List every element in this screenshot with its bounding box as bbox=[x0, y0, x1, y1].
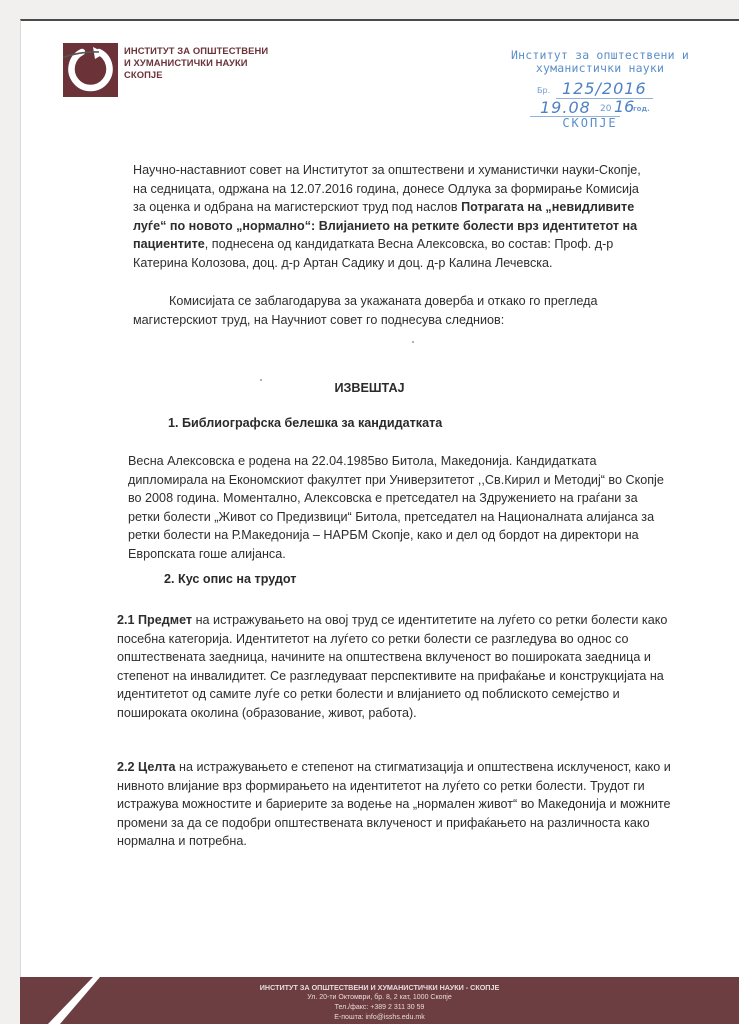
section1-heading: 1. Библиографска белешка за кандидатката bbox=[168, 416, 442, 430]
stamp-institution-line: хуманистички науки bbox=[500, 62, 700, 75]
intro-paragraph: Научно-наставниот совет на Институтот за… bbox=[133, 161, 653, 273]
section2-1-paragraph: 2.1 Предмет на истражувањето на овој тру… bbox=[117, 611, 672, 723]
footer-email: Е-пошта: info@isshs.edu.mk bbox=[20, 1013, 739, 1023]
footer-address: Ул. 20-ти Октомври, бр. 8, 2 кат, 1000 С… bbox=[20, 993, 739, 1003]
report-heading: ИЗВЕШТАЈ bbox=[0, 381, 739, 395]
stamp-year-suffix: год. bbox=[633, 105, 650, 113]
circular-arrow-logo-icon bbox=[63, 43, 118, 97]
stamp-date-line bbox=[530, 116, 620, 117]
section2-2-label: 2.2 Целта bbox=[117, 760, 176, 774]
institute-name: ИНСТИТУТ ЗА ОПШТЕСТВЕНИ И ХУМАНИСТИЧКИ Н… bbox=[124, 45, 268, 81]
section2-2-paragraph: 2.2 Целта на истражувањето е степенот на… bbox=[117, 758, 672, 851]
footer-title: ИНСТИТУТ ЗА ОПШТЕСТВЕНИ И ХУМАНИСТИЧКИ Н… bbox=[20, 983, 739, 993]
section2-1-text: на истражувањето на овој труд се идентит… bbox=[117, 613, 667, 720]
stamp-year-printed: 20 bbox=[600, 104, 611, 114]
section1-paragraph: Весна Алексовска е родена на 22.04.1985в… bbox=[128, 452, 668, 564]
institute-name-line: ИНСТИТУТ ЗА ОПШТЕСТВЕНИ bbox=[124, 45, 268, 57]
stamp-city: СКОПЈЕ bbox=[480, 116, 700, 130]
stamp-number-label: Бр. bbox=[537, 86, 550, 95]
section2-1-label: 2.1 Предмет bbox=[117, 613, 192, 627]
institute-logo bbox=[63, 43, 118, 97]
stamp-date: 19.08 bbox=[540, 98, 591, 117]
footer-phone: Тел./факс: +389 2 311 30 59 bbox=[20, 1003, 739, 1013]
intro-text-end: , поднесена од кандидатката Весна Алексо… bbox=[133, 237, 613, 270]
registry-stamp: Институт за општествени и хуманистички н… bbox=[500, 49, 700, 130]
section2-2-text: на истражувањето е степенот на стигматиз… bbox=[117, 760, 671, 848]
stamp-number: 125/2016 bbox=[556, 79, 653, 99]
institute-name-line: И ХУМАНИСТИЧКИ НАУКИ bbox=[124, 57, 268, 69]
letterhead-footer: ИНСТИТУТ ЗА ОПШТЕСТВЕНИ И ХУМАНИСТИЧКИ Н… bbox=[20, 977, 739, 1024]
stamp-year-handwritten: 16 bbox=[614, 97, 634, 116]
thanks-paragraph: Комисијата се заблагодарува за укажаната… bbox=[133, 292, 653, 329]
section2-heading: 2. Кус опис на трудот bbox=[164, 572, 296, 586]
footer-contact-block: ИНСТИТУТ ЗА ОПШТЕСТВЕНИ И ХУМАНИСТИЧКИ Н… bbox=[20, 983, 739, 1023]
institute-name-line: СКОПЈЕ bbox=[124, 69, 268, 81]
scan-speck bbox=[412, 341, 414, 343]
